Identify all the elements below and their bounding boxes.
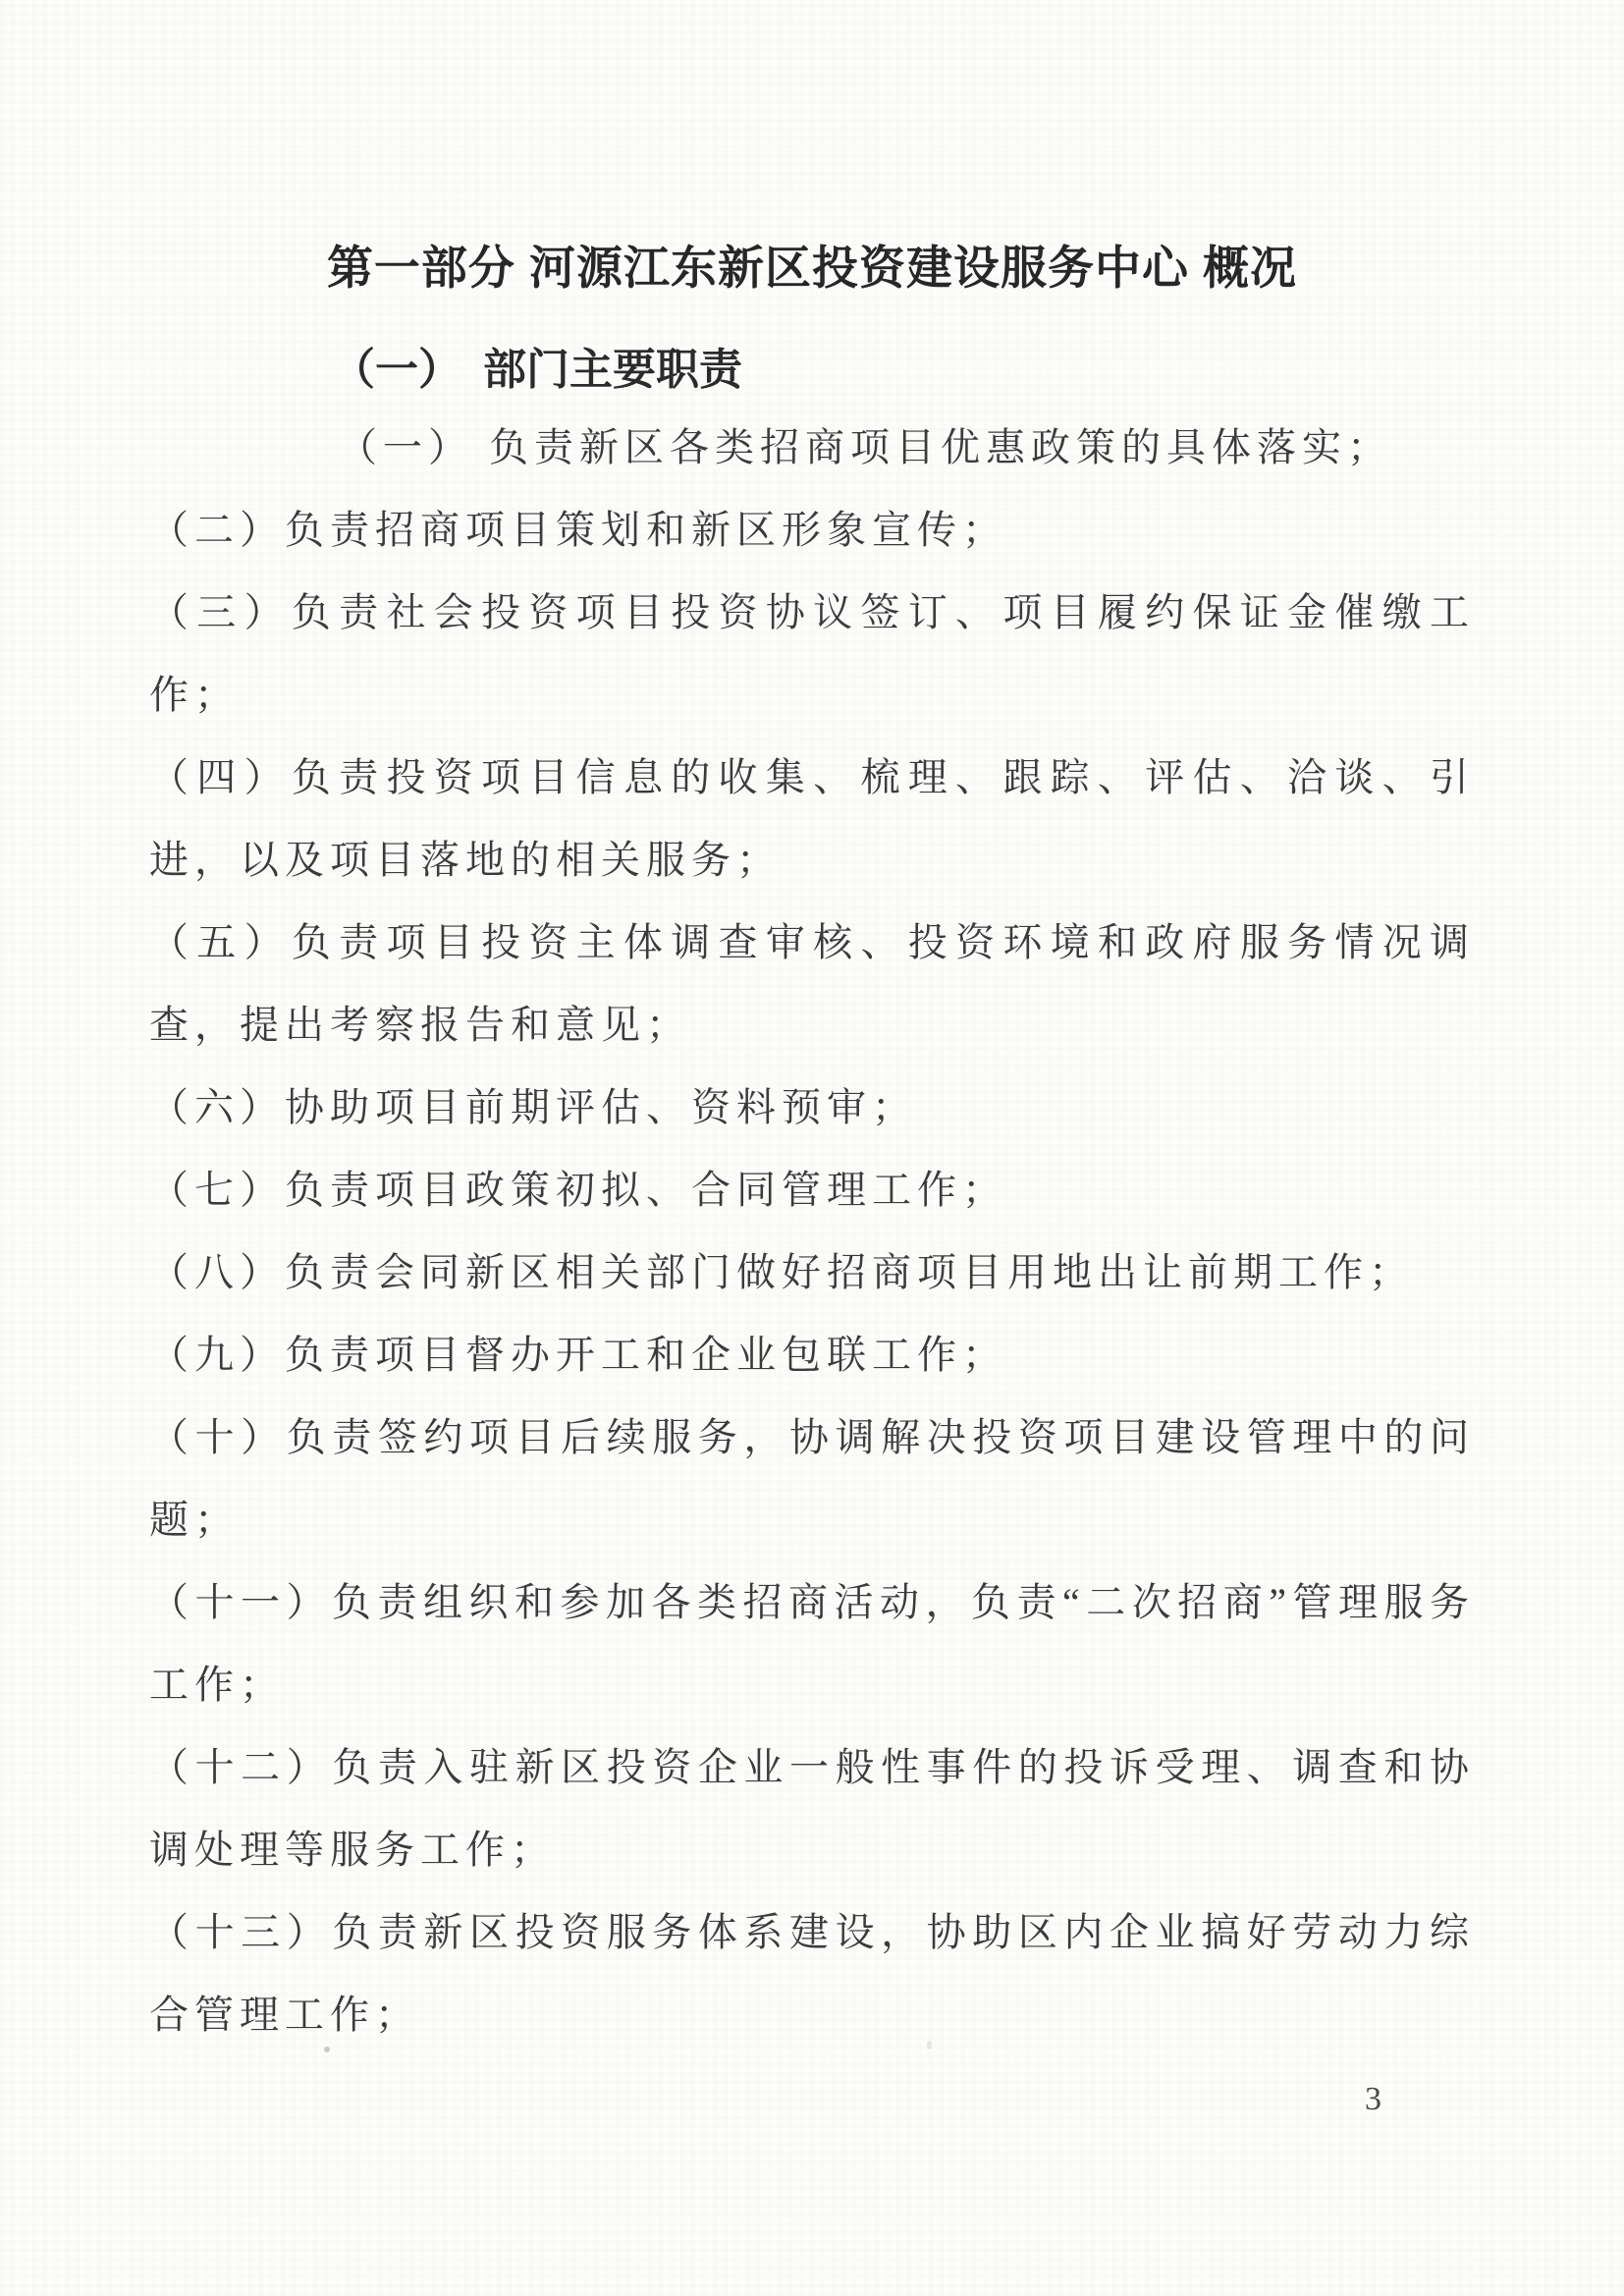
duty-item-9: （九）负责项目督办开工和企业包联工作； [149, 1314, 1475, 1396]
duty-item-4: （四）负责投资项目信息的收集、梳理、跟踪、评估、洽谈、引进，以及项目落地的相关服… [149, 737, 1475, 902]
duty-item-2: （二）负责招商项目策划和新区形象宣传； [149, 489, 1475, 572]
duty-item-3: （三）负责社会投资项目投资协议签订、项目履约保证金催缴工作； [149, 572, 1475, 737]
scanned-document-page: 第一部分 河源江东新区投资建设服务中心 概况 （一） 部门主要职责 （一） 负责… [0, 0, 1624, 2296]
duty-item-11: （十一）负责组织和参加各类招商活动，负责“二次招商”管理服务工作； [149, 1561, 1475, 1726]
duties-list: （一） 负责新区各类招商项目优惠政策的具体落实； （二）负责招商项目策划和新区形… [149, 407, 1475, 2056]
duty-item-13: （十三）负责新区投资服务体系建设，协助区内企业搞好劳动力综合管理工作； [149, 1891, 1475, 2056]
duty-item-10: （十）负责签约项目后续服务，协调解决投资项目建设管理中的问题； [149, 1396, 1475, 1561]
duty-item-1: （一） 负责新区各类招商项目优惠政策的具体落实； [149, 407, 1475, 489]
document-title: 第一部分 河源江东新区投资建设服务中心 概况 [147, 238, 1477, 299]
duty-item-12: （十二）负责入驻新区投资企业一般性事件的投诉受理、调查和协调处理等服务工作； [149, 1726, 1475, 1891]
duty-item-6: （六）协助项目前期评估、资料预审； [149, 1066, 1475, 1149]
duty-item-5: （五）负责项目投资主体调查审核、投资环境和政府服务情况调查，提出考察报告和意见； [149, 902, 1475, 1066]
section-heading: （一） 部门主要职责 [149, 342, 1475, 399]
page-number: 3 [1365, 2080, 1381, 2119]
duty-item-7: （七）负责项目政策初拟、合同管理工作； [149, 1149, 1475, 1231]
duty-item-8: （八）负责会同新区相关部门做好招商项目用地出让前期工作； [149, 1231, 1475, 1314]
